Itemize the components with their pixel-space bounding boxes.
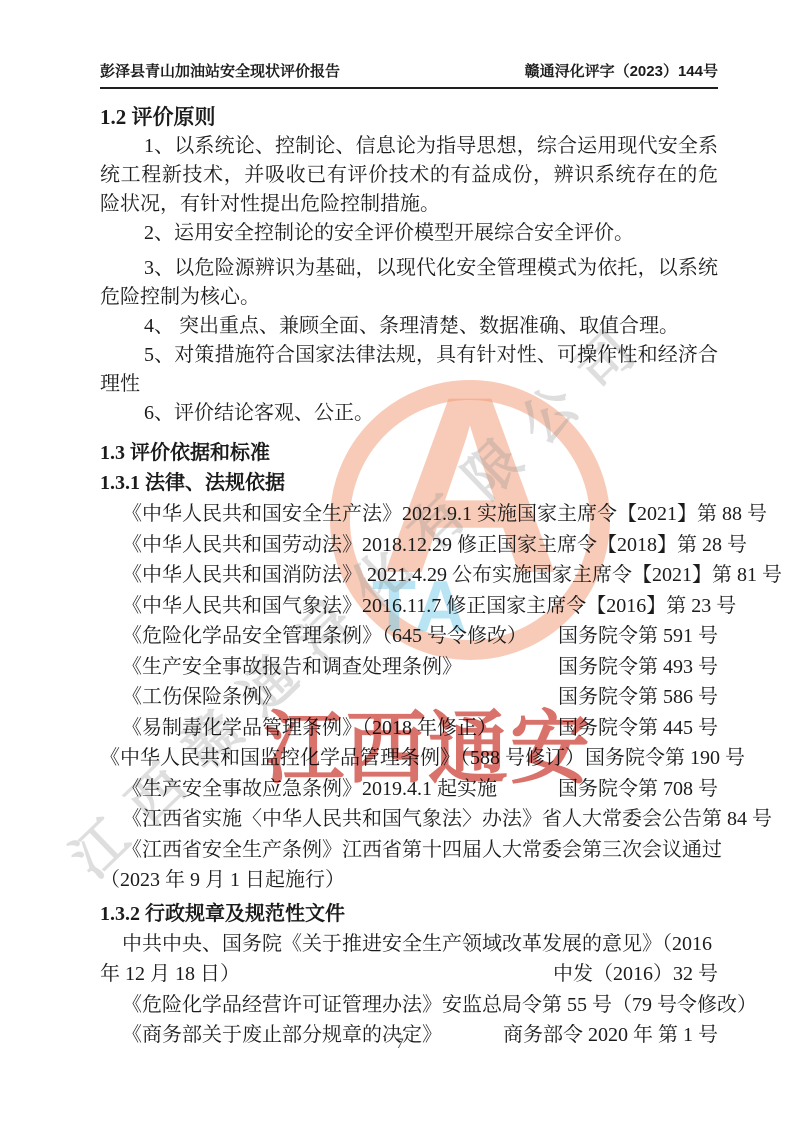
- law-name: 《危险化学品安全管理条例》（645 号令修改）: [122, 621, 527, 652]
- law-order-number: 国务院令第 493 号: [558, 652, 718, 683]
- law-row: 《易制毒化学品管理条例》（2018 年修正） 国务院令第 445 号: [100, 713, 718, 744]
- law-row: 《工伤保险条例》 国务院令第 586 号: [100, 682, 718, 713]
- law-row: 《生产安全事故应急条例》2019.4.1 起实施 国务院令第 708 号: [100, 774, 718, 805]
- law-list: 《中华人民共和国安全生产法》2021.9.1 实施 国家主席令【2021】第 8…: [100, 499, 718, 896]
- section-1-3-title: 1.3 评价依据和标准: [100, 438, 718, 468]
- principle-item-1: 1、以系统论、控制论、信息论为指导思想，综合运用现代安全系统工程新技术，并吸收已…: [100, 132, 718, 219]
- law-order-number: 国务院令第 586 号: [558, 682, 718, 713]
- page-content: 彭泽县青山加油站安全现状评价报告 赣通浔化评字（2023）144号 1.2 评价…: [0, 0, 800, 1051]
- law-name: 《江西省安全生产条例》江西省第十四届人大常委会第三次会议通过: [122, 839, 722, 861]
- law-name: 《生产安全事故应急条例》2019.4.1 起实施: [122, 774, 497, 805]
- regulation-list: 中共中央、国务院《关于推进安全生产领域改革发展的意见》（2016 年 12 月 …: [100, 929, 718, 1051]
- regulation-row: 中共中央、国务院《关于推进安全生产领域改革发展的意见》（2016: [100, 929, 718, 960]
- law-order-number: 国家主席令【2018】第 28 号: [497, 530, 747, 561]
- principle-item-3: 3、以危险源辨识为基础，以现代化安全管理模式为依托，以系统危险控制为核心。: [100, 254, 718, 312]
- page-number: 7: [0, 1036, 800, 1053]
- law-name: 《工伤保险条例》: [122, 682, 282, 713]
- header-document-number: 赣通浔化评字（2023）144号: [525, 62, 718, 82]
- law-row: 《中华人民共和国安全生产法》2021.9.1 实施 国家主席令【2021】第 8…: [100, 499, 718, 530]
- law-name: 《中华人民共和国安全生产法》2021.9.1 实施: [122, 499, 517, 530]
- law-row: 《中华人民共和国消防法》 2021.4.29 公布实施 国家主席令【2021】第…: [100, 560, 718, 591]
- law-order-number: 国务院令第 445 号: [558, 713, 718, 744]
- section-1-2-title: 1.2 评价原则: [100, 102, 718, 132]
- law-row: 《江西省安全生产条例》江西省第十四届人大常委会第三次会议通过: [100, 835, 718, 866]
- law-name: （2023 年 9 月 1 日起施行）: [100, 869, 345, 891]
- principle-item-2: 2、运用安全控制论的安全评价模型开展综合安全评价。: [100, 219, 718, 248]
- principle-item-4: 4、 突出重点、兼顾全面、条理清楚、数据准确、取值合理。: [100, 312, 718, 341]
- law-name: 《中华人民共和国气象法》2016.11.7 修正: [122, 591, 486, 622]
- regulation-row: 《危险化学品经营许可证管理办法》安监总局令第 55 号（79 号令修改）: [100, 990, 718, 1021]
- law-row: 《中华人民共和国劳动法》2018.12.29 修正 国家主席令【2018】第 2…: [100, 530, 718, 561]
- principle-item-6: 6、评价结论客观、公正。: [100, 399, 718, 428]
- law-name: 《江西省实施〈中华人民共和国气象法〉办法》省人大常委会公告第 84 号: [122, 808, 772, 830]
- law-order-number: 国务院令第 591 号: [558, 621, 718, 652]
- law-order-number: 国家主席令【2016】第 23 号: [486, 591, 736, 622]
- law-name: 《易制毒化学品管理条例》（2018 年修正）: [122, 713, 497, 744]
- law-name: 《中华人民共和国监控化学品管理条例》（588 号修订）国务院令第 190 号: [100, 747, 745, 769]
- regulation-order-number: 中发（2016）32 号: [553, 959, 718, 990]
- law-row: 《生产安全事故报告和调查处理条例》 国务院令第 493 号: [100, 652, 718, 683]
- law-order-number: 国务院令第 708 号: [558, 774, 718, 805]
- law-name: 《生产安全事故报告和调查处理条例》: [122, 652, 462, 683]
- regulation-name: 《危险化学品经营许可证管理办法》安监总局令第 55 号（79 号令修改）: [122, 994, 757, 1016]
- regulation-row: 年 12 月 18 日） 中发（2016）32 号: [100, 959, 718, 990]
- regulation-name: 中共中央、国务院《关于推进安全生产领域改革发展的意见》（2016: [122, 933, 712, 955]
- law-row: 《江西省实施〈中华人民共和国气象法〉办法》省人大常委会公告第 84 号: [100, 804, 718, 835]
- law-name: 《中华人民共和国消防法》 2021.4.29 公布实施: [122, 560, 532, 591]
- section-1-3-1-title: 1.3.1 法律、法规依据: [100, 468, 718, 498]
- law-name: 《中华人民共和国劳动法》2018.12.29 修正: [122, 530, 497, 561]
- page-header: 彭泽县青山加油站安全现状评价报告 赣通浔化评字（2023）144号: [100, 62, 718, 89]
- regulation-name: 年 12 月 18 日）: [100, 959, 240, 990]
- law-row: 《中华人民共和国气象法》2016.11.7 修正 国家主席令【2016】第 23…: [100, 591, 718, 622]
- law-order-number: 国家主席令【2021】第 81 号: [532, 560, 782, 591]
- law-row: 《中华人民共和国监控化学品管理条例》（588 号修订）国务院令第 190 号: [100, 743, 718, 774]
- document-page: A TA 江西赣通浔化有限公司 彭泽县青山加油站安全现状评价报告 赣通浔化评字（…: [0, 0, 800, 1131]
- header-report-title: 彭泽县青山加油站安全现状评价报告: [100, 62, 340, 82]
- law-row: 《危险化学品安全管理条例》（645 号令修改） 国务院令第 591 号: [100, 621, 718, 652]
- section-1-3-2-title: 1.3.2 行政规章及规范性文件: [100, 900, 718, 928]
- law-row: （2023 年 9 月 1 日起施行）: [100, 865, 718, 896]
- law-order-number: 国家主席令【2021】第 88 号: [517, 499, 767, 530]
- principle-item-5: 5、对策措施符合国家法律法规，具有针对性、可操作性和经济合理性: [100, 341, 718, 399]
